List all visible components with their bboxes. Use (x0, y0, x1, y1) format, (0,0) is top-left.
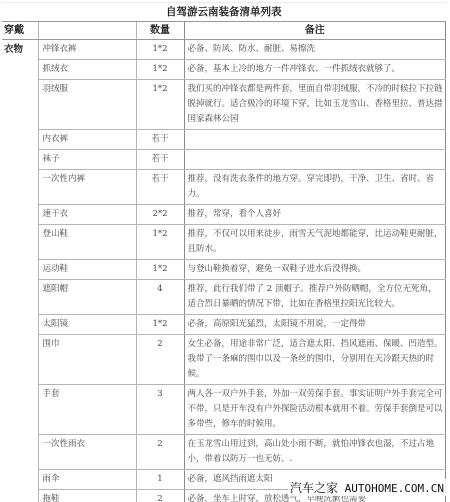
table-row: 登山鞋1*2推荐，不仅可以用来徒步，雨雪天气泥地都能穿，比运动鞋更耐脏，且防水。 (2, 225, 446, 260)
item-cell: 太阳镜 (38, 315, 136, 335)
quantity-cell: 1*2 (136, 315, 184, 335)
item-cell: 登山鞋 (38, 225, 136, 260)
quantity-cell: 1*2 (136, 40, 184, 60)
quantity-cell: 4 (136, 280, 184, 315)
item-cell: 一次性雨衣 (38, 435, 136, 470)
table-row: 手套3两人各一双户外手套，外加一双劳保手套。事实证明户外手套完全可不带，只是开车… (2, 385, 446, 435)
item-cell: 羽绒服 (38, 80, 136, 130)
item-cell: 遮阳帽 (38, 280, 136, 315)
table-row: 遮阳帽4推荐，此行我们带了 2 顶帽子。推荐户外防晒帽，全方位无死角，适合烈日暴… (2, 280, 446, 315)
item-cell: 手套 (38, 385, 136, 435)
quantity-cell: 2 (136, 435, 184, 470)
quantity-cell: 3 (136, 385, 184, 435)
quantity-cell: 1 (136, 470, 184, 490)
item-cell: 雨伞 (38, 470, 136, 490)
note-cell: 必备、防风、防水、耐脏、易擦洗 (184, 40, 446, 60)
quantity-cell: 2*2 (136, 205, 184, 225)
quantity-cell: 1*2 (136, 225, 184, 260)
note-cell: 推荐，没有洗衣条件的地方穿。穿完即扔，干净、卫生、省时、省力。 (184, 170, 446, 205)
table-row: 羽绒服1*2我们买的冲锋衣都是两件套，里面自带羽绒服，不冷的时候拉下拉链脱掉就行… (2, 80, 446, 130)
note-cell: 我们买的冲锋衣都是两件套，里面自带羽绒服，不冷的时候拉下拉链脱掉就行。适合极冷的… (184, 80, 446, 130)
table-row: 衣物冲锋衣裤1*2必备、防风、防水、耐脏、易擦洗 (2, 40, 446, 60)
quantity-cell: 1*2 (136, 60, 184, 80)
watermark: 汽车之家 AUTOHOME.COM.CN (288, 479, 446, 496)
equipment-table: 自驾游云南装备清单列表 穿戴 数量 备注 衣物冲锋衣裤1*2必备、防风、防水、耐… (2, 2, 446, 502)
note-cell: 必备，基本上冷的地方一件冲锋衣、一件抓绒衣就够了。 (184, 60, 446, 80)
quantity-cell: 1*2 (136, 260, 184, 280)
equipment-list-sheet: 自驾游云南装备清单列表 穿戴 数量 备注 衣物冲锋衣裤1*2必备、防风、防水、耐… (2, 2, 446, 502)
item-cell: 冲锋衣裤 (38, 40, 136, 60)
item-cell: 速干衣 (38, 205, 136, 225)
table-row: 运动鞋1*2与登山鞋换着穿，避免一双鞋子进水后没得换。 (2, 260, 446, 280)
quantity-cell: 2 (136, 335, 184, 385)
item-cell: 内衣裤 (38, 130, 136, 150)
note-cell (184, 130, 446, 150)
quantity-cell: 2 (136, 490, 184, 502)
quantity-cell: 1*2 (136, 80, 184, 130)
item-cell: 一次性内裤 (38, 170, 136, 205)
note-cell: 与登山鞋换着穿，避免一双鞋子进水后没得换。 (184, 260, 446, 280)
table-row: 速干衣2*2推荐，常穿，看个人喜好 (2, 205, 446, 225)
category-cell: 衣物 (2, 40, 38, 502)
header-category: 穿戴 (2, 22, 38, 40)
note-cell: 两人各一双户外手套，外加一双劳保手套。事实证明户外手套完全可不带，只是开车没有户… (184, 385, 446, 435)
item-cell: 抓绒衣 (38, 60, 136, 80)
note-cell: 推荐，不仅可以用来徒步，雨雪天气泥地都能穿，比运动鞋更耐脏，且防水。 (184, 225, 446, 260)
table-row: 太阳镜1*2必备，高原阳光猛烈，太阳镜不用说，一定得带 (2, 315, 446, 335)
watermark-en: AUTOHOME.COM.CN (338, 482, 444, 495)
header-row: 穿戴 数量 备注 (2, 22, 446, 40)
table-title: 自驾游云南装备清单列表 (2, 3, 446, 22)
header-quantity: 数量 (136, 22, 184, 40)
table-row: 一次性内裤若干推荐，没有洗衣条件的地方穿。穿完即扔，干净、卫生、省时、省力。 (2, 170, 446, 205)
quantity-cell: 若干 (136, 150, 184, 170)
table-row: 内衣裤若干 (2, 130, 446, 150)
item-cell: 运动鞋 (38, 260, 136, 280)
watermark-cn: 汽车之家 (290, 481, 338, 495)
item-cell: 围巾 (38, 335, 136, 385)
quantity-cell: 若干 (136, 130, 184, 150)
item-cell: 袜子 (38, 150, 136, 170)
note-cell: 女生必备，用途非常广泛，适合遮太阳、挡风遮雨、保暖、凹造型。我带了一条麻的围巾以… (184, 335, 446, 385)
note-cell: 推荐，此行我们带了 2 顶帽子。推荐户外防晒帽，全方位无死角，适合烈日暴晒的情况… (184, 280, 446, 315)
table-row: 一次性雨衣2在玉龙雪山用过到，高山处小雨不断，就怕冲锋衣也湿，不过占地小，带着以… (2, 435, 446, 470)
header-notes: 备注 (184, 22, 446, 40)
title-row: 自驾游云南装备清单列表 (2, 3, 446, 22)
note-cell: 在玉龙雪山用过到，高山处小雨不断，就怕冲锋衣也湿，不过占地小，带着以防万一也无妨… (184, 435, 446, 470)
note-cell (184, 150, 446, 170)
item-cell: 拖鞋 (38, 490, 136, 502)
table-row: 围巾2女生必备，用途非常广泛，适合遮太阳、挡风遮雨、保暖、凹造型。我带了一条麻的… (2, 335, 446, 385)
note-cell: 必备，高原阳光猛烈，太阳镜不用说，一定得带 (184, 315, 446, 335)
quantity-cell: 若干 (136, 170, 184, 205)
table-row: 抓绒衣1*2必备，基本上冷的地方一件冲锋衣、一件抓绒衣就够了。 (2, 60, 446, 80)
header-item (38, 22, 136, 40)
table-row: 袜子若干 (2, 150, 446, 170)
note-cell: 推荐，常穿，看个人喜好 (184, 205, 446, 225)
